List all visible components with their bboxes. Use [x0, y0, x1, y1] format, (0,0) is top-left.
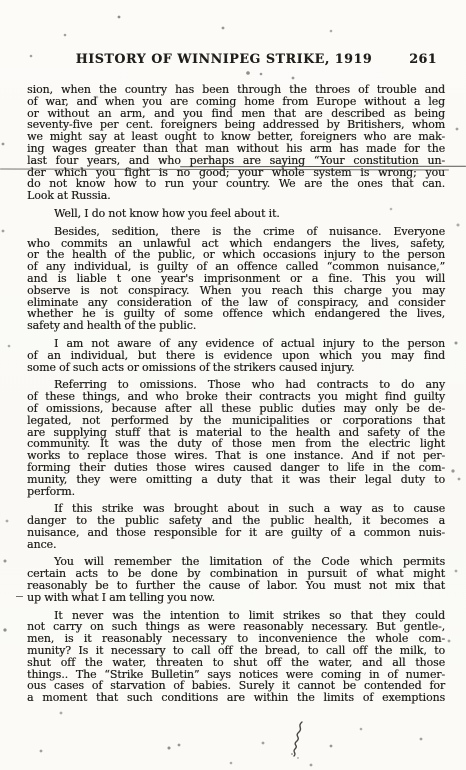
margin-pencil-dash	[16, 596, 23, 597]
text-line: munity, they were omitting a duty that i…	[27, 474, 445, 486]
text-line: Look at Russia.	[27, 190, 445, 202]
paragraph: Well, I do not know how you feel about i…	[27, 208, 445, 220]
page-title: HISTORY OF WINNIPEG STRIKE, 1919	[15, 51, 433, 66]
text-line: legated, not performed by the municipali…	[27, 415, 445, 427]
paragraph: Referring to omissions. Those who had co…	[27, 379, 445, 497]
text-line: I am not aware of any evidence of actual…	[27, 338, 445, 350]
ink-squiggle	[287, 718, 311, 764]
page-number: 261	[409, 51, 437, 66]
text-line: ance.	[27, 539, 445, 551]
text-line: up with what I am telling you now.	[27, 592, 445, 604]
text-line: safety and health of the public.	[27, 320, 445, 332]
paragraph: sion, when the country has been through …	[27, 84, 445, 202]
text-line: nuisance, and those responsible for it a…	[27, 527, 445, 539]
text-line: ing wages greater than that man without …	[27, 143, 445, 155]
text-line: forming their duties those wires caused …	[27, 462, 445, 474]
text-line: observe is not conspiracy. When you reac…	[27, 285, 445, 297]
text-line: Well, I do not know how you feel about i…	[27, 208, 445, 220]
paragraph: It never was the intention to limit stri…	[27, 610, 445, 704]
scan-speckles	[0, 0, 2, 2]
text-line: a moment that such conditions are within…	[27, 692, 445, 704]
text-line: last four years, and who perhaps are say…	[27, 155, 445, 167]
ink-squiggle-drawing	[287, 718, 311, 760]
paragraph: I am not aware of any evidence of actual…	[27, 338, 445, 373]
paragraph: You will remember the limitation of the …	[27, 556, 445, 603]
text-line: shut off the water, threaten to shut off…	[27, 657, 445, 669]
text-line: perform.	[27, 486, 445, 498]
text-line: Besides, sedition, there is the crime of…	[27, 226, 445, 238]
paragraph: Besides, sedition, there is the crime of…	[27, 226, 445, 332]
text-line: of omissions, because after all these pu…	[27, 403, 445, 415]
page-body: sion, when the country has been through …	[27, 84, 445, 710]
text-line: and is liable t one year's imprisonment …	[27, 273, 445, 285]
paragraph: If this strike was brought about in such…	[27, 503, 445, 550]
text-line: some of such acts or omissions of the st…	[27, 362, 445, 374]
running-header: HISTORY OF WINNIPEG STRIKE, 1919 261	[27, 51, 445, 67]
text-line: of an individual, but there is evidence …	[27, 350, 445, 362]
text-line: of war, and when you are coming home fro…	[27, 96, 445, 108]
scanned-book-page: HISTORY OF WINNIPEG STRIKE, 1919 261 sio…	[0, 0, 466, 770]
